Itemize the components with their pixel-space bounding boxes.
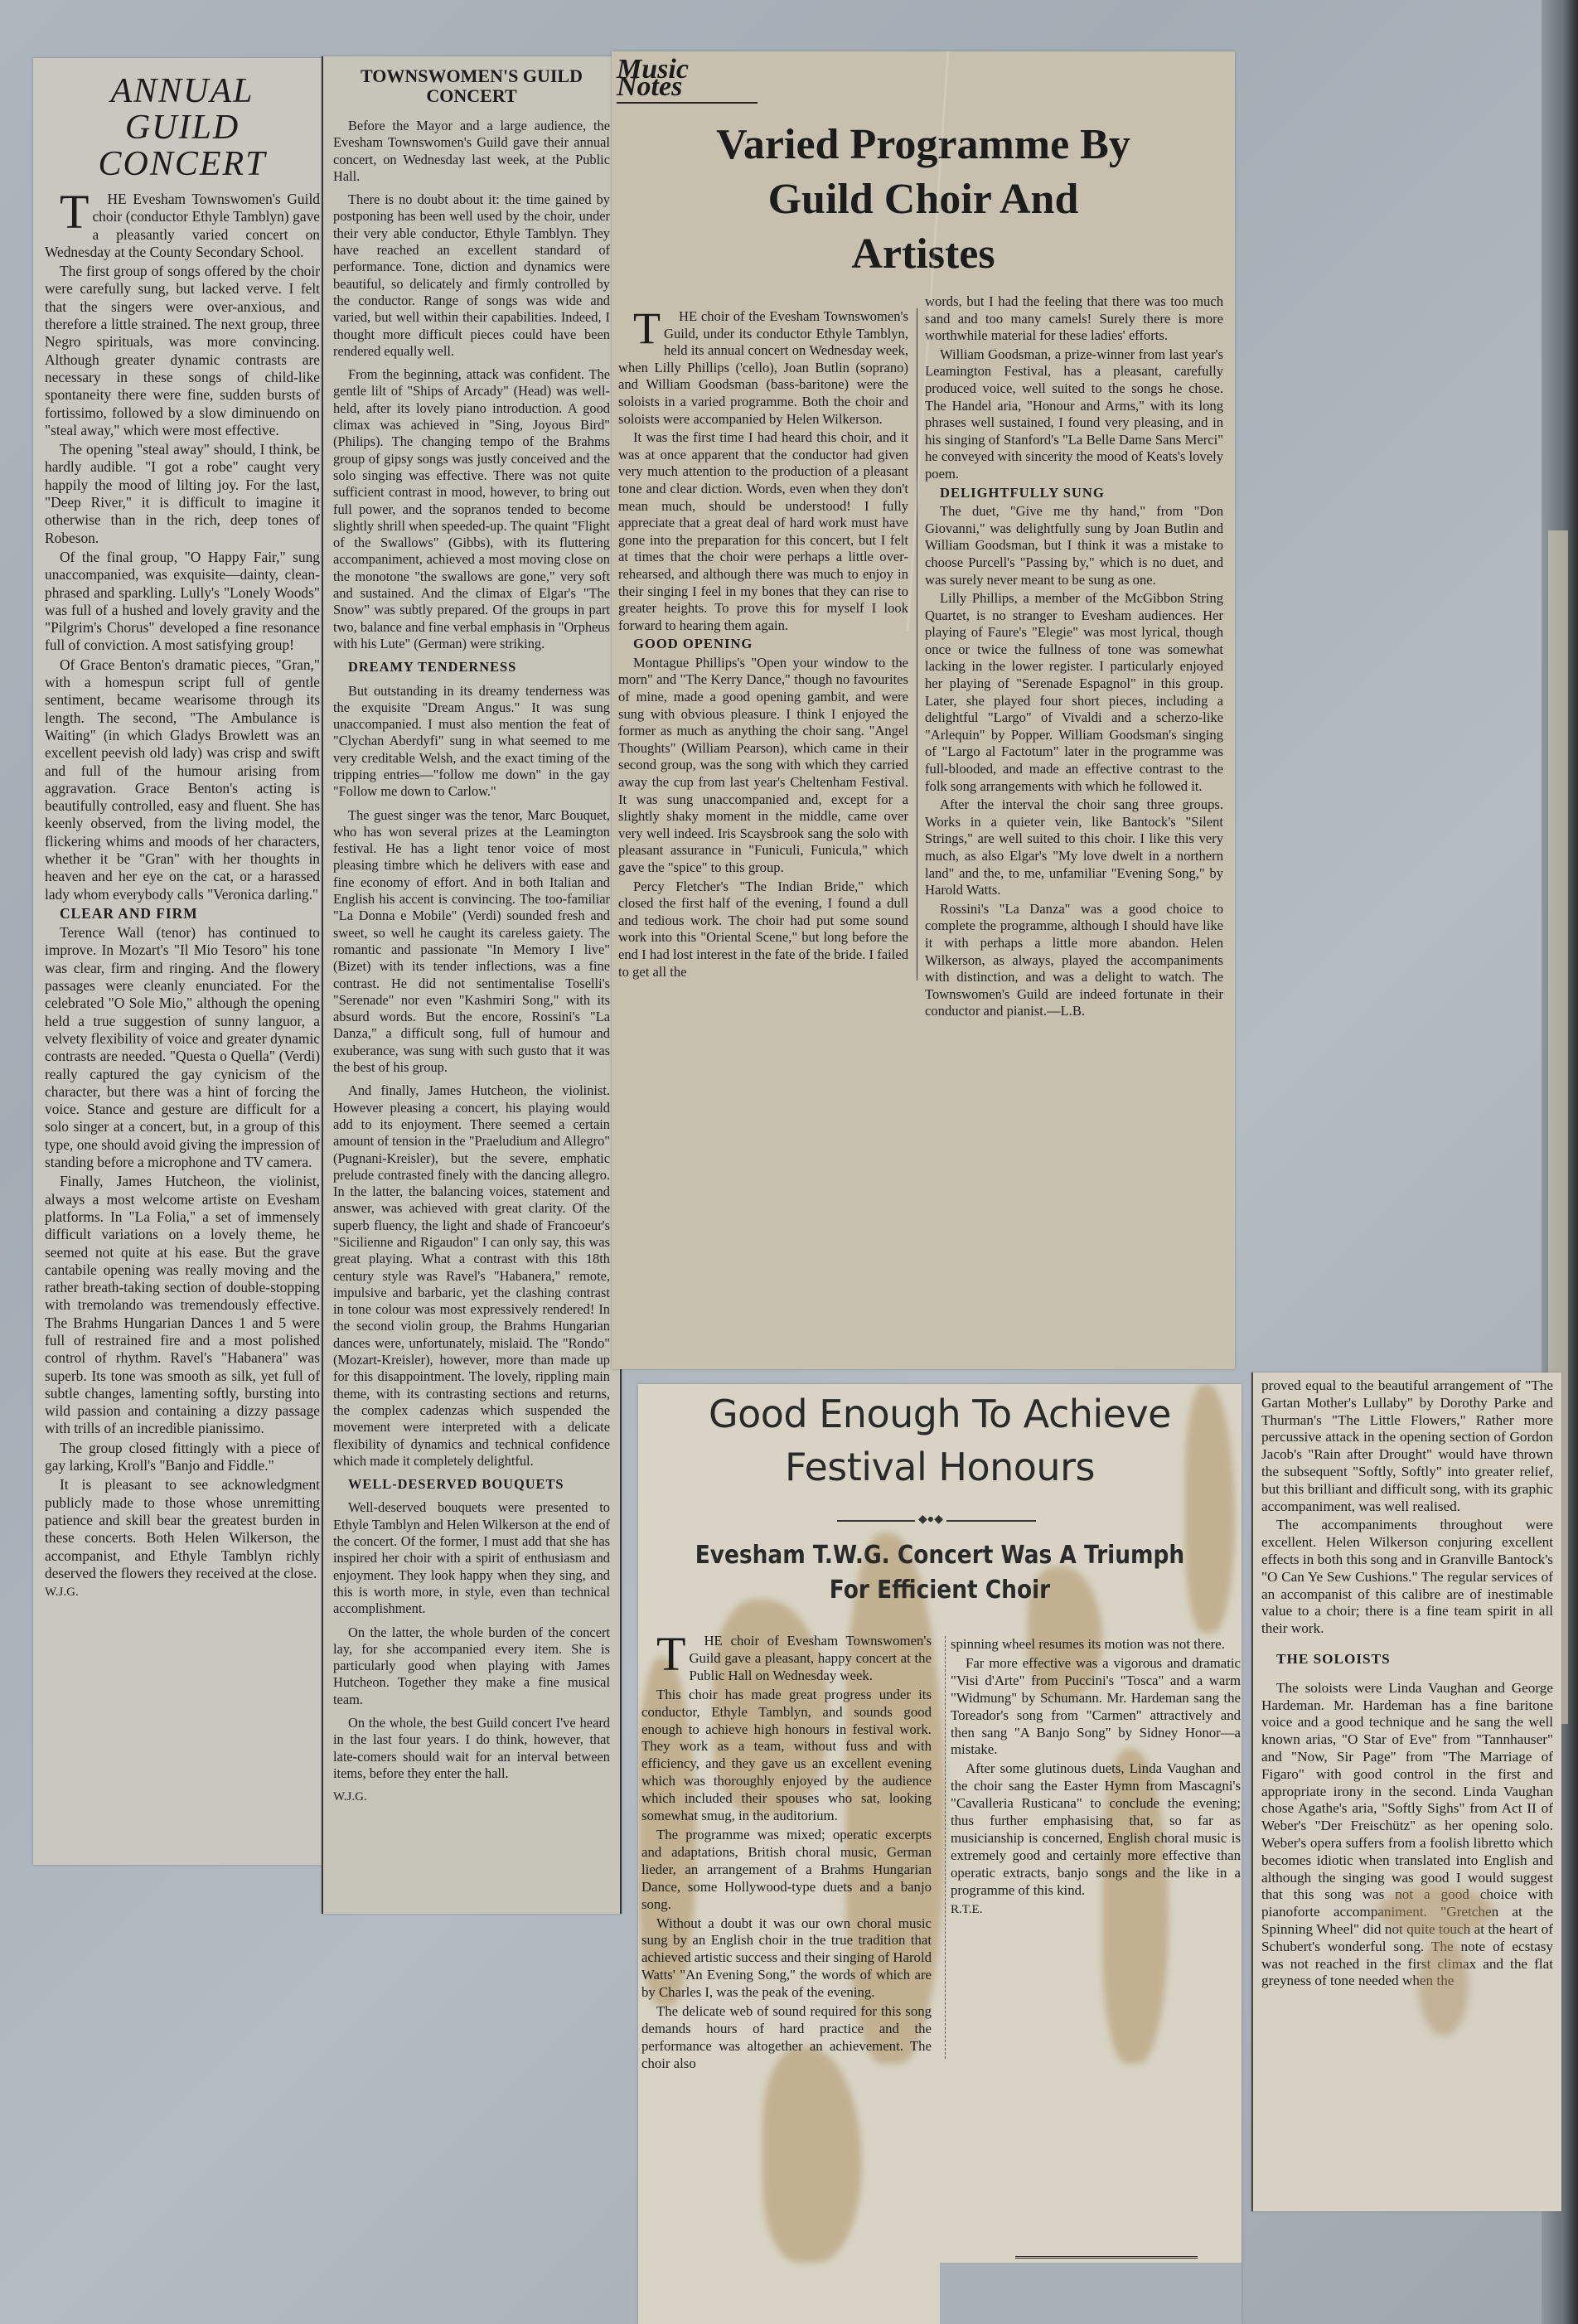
water-stain bbox=[1377, 1886, 1493, 1936]
column-right: words, but I had the feeling that there … bbox=[925, 293, 1223, 1020]
headline-line: GUILD bbox=[45, 109, 320, 146]
headline-line: ANNUAL bbox=[45, 73, 320, 109]
clipping-good-enough-festival-honours: Good Enough To Achieve Festival Honours … bbox=[638, 1384, 1242, 2324]
headline: TOWNSWOMEN'S GUILD CONCERT bbox=[333, 66, 610, 106]
paragraph: William Goodsman, a prize-winner from la… bbox=[925, 346, 1223, 483]
headline-line: CONCERT bbox=[45, 146, 320, 182]
paragraph: Montague Phillips's "Open your window to… bbox=[618, 655, 908, 877]
paragraph: The programme was mixed; operatic excerp… bbox=[641, 1827, 932, 1914]
column-right: spinning wheel resumes its motion was no… bbox=[945, 1636, 1241, 2059]
headline-line: Good Enough To Achieve bbox=[638, 1387, 1242, 1440]
paragraph: From the beginning, attack was confident… bbox=[333, 366, 610, 652]
paragraph: And finally, James Hutcheon, the violini… bbox=[333, 1082, 610, 1469]
paragraph: Terence Wall (tenor) has continued to im… bbox=[45, 924, 320, 1171]
headline-line: Varied Programme By bbox=[612, 118, 1235, 172]
paragraph: Percy Fletcher's "The Indian Bride," whi… bbox=[618, 879, 908, 981]
paragraph: Rossini's "La Danza" was a good choice t… bbox=[925, 901, 1223, 1020]
end-rule bbox=[1015, 2256, 1198, 2262]
subheading: GOOD OPENING bbox=[618, 636, 908, 653]
paragraph: spinning wheel resumes its motion was no… bbox=[951, 1636, 1241, 1653]
paragraph: The group closed fittingly with a piece … bbox=[45, 1440, 320, 1475]
paragraph: Before the Mayor and a large audience, t… bbox=[333, 118, 610, 185]
paragraph: THE choir of the Evesham Townswomen's Gu… bbox=[618, 308, 908, 428]
section-kicker: Music Notes bbox=[617, 61, 758, 104]
headline-line: Guild Choir And bbox=[612, 172, 1235, 227]
paragraph: On the whole, the best Guild concert I'v… bbox=[333, 1715, 610, 1782]
subheading: CLEAR AND FIRM bbox=[45, 905, 320, 922]
paragraph: The guest singer was the tenor, Marc Bou… bbox=[333, 807, 610, 1077]
paragraph: The opening "steal away" should, I think… bbox=[45, 441, 320, 547]
paragraph: There is no doubt about it: the time gai… bbox=[333, 191, 610, 360]
subheading: DELIGHTFULLY SUNG bbox=[925, 485, 1223, 502]
paragraph: The soloists were Linda Vaughan and Geor… bbox=[1261, 1680, 1553, 1990]
paragraph: The accompaniments throughout were excel… bbox=[1261, 1517, 1553, 1638]
paragraph: The duet, "Give me thy hand," from "Don … bbox=[925, 503, 1223, 588]
paragraph: Finally, James Hutcheon, the violinist, … bbox=[45, 1173, 320, 1437]
paragraph: On the latter, the whole burden of the c… bbox=[333, 1624, 610, 1708]
paragraph: THE Evesham Townswomen's Guild choir (co… bbox=[45, 191, 320, 261]
water-stain bbox=[762, 2047, 862, 2263]
column-left: THE choir of the Evesham Townswomen's Gu… bbox=[618, 308, 917, 980]
paragraph: This choir has made great progress under… bbox=[641, 1687, 932, 1825]
paragraph: Of the final group, "O Happy Fair," sung… bbox=[45, 549, 320, 655]
subheadline: Evesham T.W.G. Concert Was A Triumph For… bbox=[675, 1538, 1206, 1608]
headline-line: Artistes bbox=[612, 227, 1235, 282]
body: THE Evesham Townswomen's Guild choir (co… bbox=[45, 191, 320, 1601]
paragraph: After the interval the choir sang three … bbox=[925, 796, 1223, 899]
clipping-music-notes: Music Notes Varied Programme By Guild Ch… bbox=[612, 51, 1235, 1369]
paragraph: The first group of songs offered by the … bbox=[45, 263, 320, 439]
signature: W.J.G. bbox=[333, 1789, 610, 1805]
paragraph: Lilly Phillips, a member of the McGibbon… bbox=[925, 590, 1223, 795]
clipping-townswomens-guild-concert: TOWNSWOMEN'S GUILD CONCERT Before the Ma… bbox=[322, 56, 622, 1914]
paragraph: Well-deserved bouquets were presented to… bbox=[333, 1499, 610, 1617]
headline-line: Festival Honours bbox=[638, 1440, 1242, 1494]
paragraph: After some glutinous duets, Linda Vaugha… bbox=[951, 1760, 1241, 1899]
signature: W.J.G. bbox=[45, 1584, 320, 1601]
paragraph: But outstanding in its dreamy tenderness… bbox=[333, 683, 610, 801]
subheadline-line: Evesham T.W.G. Concert Was A Triumph bbox=[675, 1538, 1206, 1573]
clipping-continuation-soloists: proved equal to the beautiful arrangemen… bbox=[1251, 1373, 1561, 2211]
paragraph: Of Grace Benton's dramatic pieces, "Gran… bbox=[45, 656, 320, 903]
paragraph: words, but I had the feeling that there … bbox=[925, 293, 1223, 345]
subheading: THE SOLOISTS bbox=[1261, 1651, 1553, 1668]
paragraph: It was the first time I had heard this c… bbox=[618, 429, 908, 634]
paragraph: The delicate web of sound required for t… bbox=[641, 2003, 932, 2073]
paragraph: It is pleasant to see acknowledgment pub… bbox=[45, 1476, 320, 1582]
subheading: WELL-DESERVED BOUQUETS bbox=[333, 1476, 610, 1493]
signature: R.T.E. bbox=[951, 1901, 1241, 1919]
paragraph: Far more effective was a vigorous and dr… bbox=[951, 1655, 1241, 1759]
paragraph: Without a doubt it was our own choral mu… bbox=[641, 1915, 932, 2002]
headline: Good Enough To Achieve Festival Honours bbox=[638, 1387, 1242, 1494]
subheading: DREAMY TENDERNESS bbox=[333, 659, 610, 675]
subheadline-line: For Efficient Choir bbox=[675, 1573, 1206, 1608]
clipping-annual-guild-concert: ANNUAL GUILD CONCERT THE Evesham Townswo… bbox=[33, 58, 332, 1865]
headline: Varied Programme By Guild Choir And Arti… bbox=[612, 118, 1235, 282]
column-left: THE choir of Evesham Townswomen's Guild … bbox=[641, 1633, 932, 2073]
ornament-divider bbox=[837, 1517, 1036, 1525]
page-background-gap bbox=[940, 2263, 1242, 2324]
water-stain bbox=[1419, 1936, 1469, 2036]
paragraph: THE choir of Evesham Townswomen's Guild … bbox=[641, 1633, 932, 1685]
headline: ANNUAL GUILD CONCERT bbox=[45, 73, 320, 182]
paragraph: proved equal to the beautiful arrangemen… bbox=[1261, 1377, 1553, 1515]
